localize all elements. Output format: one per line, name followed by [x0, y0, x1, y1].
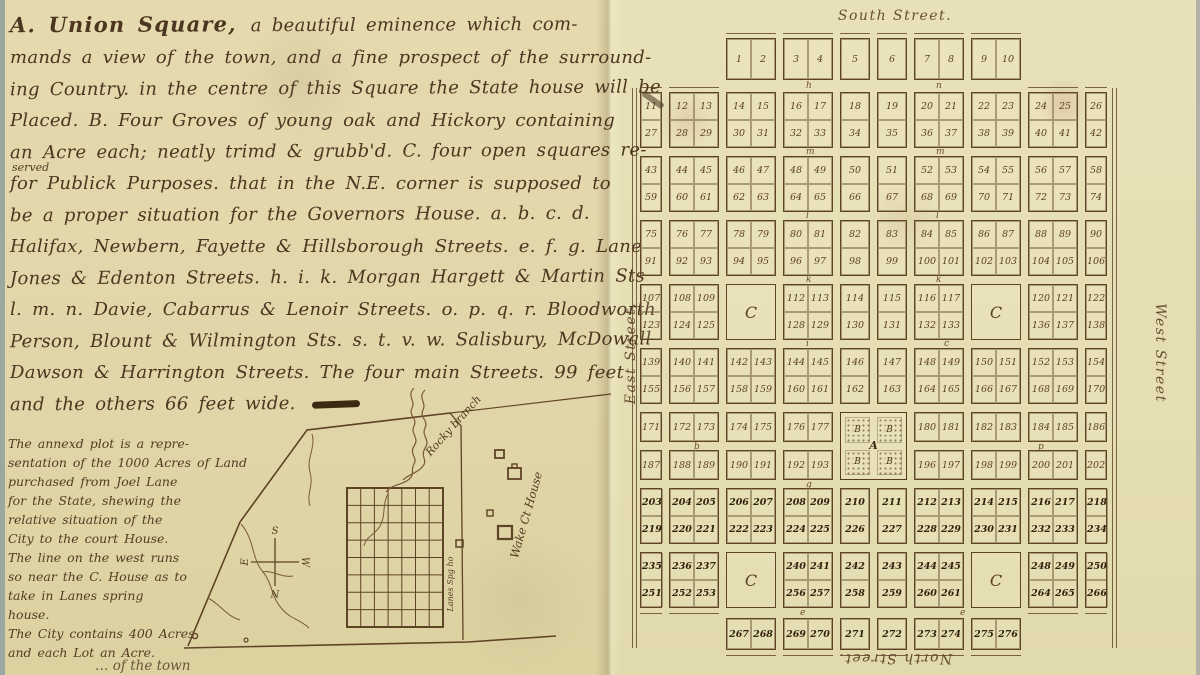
lot-number: 223 [751, 516, 775, 543]
lot-number: 19 [878, 93, 906, 120]
compass-west: W [299, 557, 310, 568]
open-square-block: C [726, 552, 776, 608]
lot-number: 176 [784, 413, 808, 441]
lot-number: 70 [972, 184, 996, 211]
lot-number: 218 [1086, 489, 1108, 516]
lot-number: 22 [972, 93, 996, 120]
lot-number: 233 [1053, 516, 1077, 543]
street-boundary-line [877, 33, 907, 34]
lot-number: 75 [641, 221, 661, 248]
lot-number: 141 [694, 349, 718, 376]
lot-number: 189 [694, 451, 718, 479]
lot-block: 108109124125 [669, 284, 719, 340]
lot-number: 137 [1053, 312, 1077, 339]
lot-block: 235251 [640, 552, 662, 608]
open-square-letter: C [990, 571, 1002, 590]
street-boundary-line [640, 613, 662, 614]
lot-block: 180181 [914, 412, 964, 442]
lot-number: 270 [808, 619, 832, 649]
grove-quadrant: B [877, 450, 902, 476]
street-boundary-line [1028, 87, 1078, 88]
lot-number: 177 [808, 413, 832, 441]
lot-number: 50 [841, 157, 869, 184]
lot-block: 34 [783, 38, 833, 80]
lot-block: 54557071 [971, 156, 1021, 212]
lot-block: 272 [877, 618, 907, 650]
lot-number: 23 [996, 93, 1020, 120]
lot-number: 104 [1029, 248, 1053, 275]
lot-number: 99 [878, 248, 906, 275]
lot-number: 225 [808, 516, 832, 543]
lot-number: 164 [915, 376, 939, 403]
lot-number: 265 [1053, 580, 1077, 607]
tract-sketch: S E W N Lanes Spg ho Wake Ct H [178, 388, 612, 675]
lot-number: 18 [841, 93, 869, 120]
lot-block: 1935 [877, 92, 907, 148]
lot-number: 51 [878, 157, 906, 184]
lot-number: 79 [751, 221, 775, 248]
lot-block: 211227 [877, 488, 907, 544]
lot-number: 156 [670, 376, 694, 403]
lot-number: 260 [915, 580, 939, 607]
wake-court-house-label: Wake Ct House [507, 470, 545, 560]
lot-number: 91 [641, 248, 661, 275]
lot-number: 76 [670, 221, 694, 248]
lot-number: 252 [670, 580, 694, 607]
lot-number: 35 [878, 120, 906, 147]
lot-number: 132 [915, 312, 939, 339]
lot-number: 28 [670, 120, 694, 147]
south-street-label: South Street. [820, 8, 970, 24]
lot-number: 2 [751, 39, 775, 79]
lot-block: 190191 [726, 450, 776, 480]
street-letter: h [806, 81, 812, 91]
street-letter: m [936, 147, 945, 157]
lot-number: 236 [670, 553, 694, 580]
lot-number: 162 [841, 376, 869, 403]
lot-number: 276 [996, 619, 1020, 649]
lot-block: 8399 [877, 220, 907, 276]
lot-number: 267 [727, 619, 751, 649]
lot-number: 153 [1053, 349, 1077, 376]
lot-number: 187 [641, 451, 661, 479]
lot-block: 2642 [1085, 92, 1107, 148]
lot-block: 12132829 [669, 92, 719, 148]
lot-number: 261 [939, 580, 963, 607]
lot-block: 78799495 [726, 220, 776, 276]
lot-number: 16 [784, 93, 808, 120]
lot-number: 157 [694, 376, 718, 403]
lot-number: 30 [727, 120, 751, 147]
inserted-word: served [12, 161, 49, 174]
union-square-letter: A [869, 439, 878, 452]
interior-streams [208, 434, 313, 628]
lot-number: 192 [784, 451, 808, 479]
lot-block: 8889104105 [1028, 220, 1078, 276]
handwritten-line: l. m. n. Davie, Cabarrus & Lenoir Street… [10, 294, 608, 326]
lot-number: 138 [1086, 312, 1106, 339]
street-boundary-line [914, 655, 964, 656]
lot-number: 90 [1086, 221, 1106, 248]
lot-block: 176177 [783, 412, 833, 442]
lot-block: 275276 [971, 618, 1021, 650]
lot-block: 46476263 [726, 156, 776, 212]
lot-number: 43 [641, 157, 661, 184]
lot-number: 45 [694, 157, 718, 184]
lot-number: 243 [878, 553, 906, 580]
lot-number: 144 [784, 349, 808, 376]
lot-number: 210 [841, 489, 869, 516]
grove-quadrant: B [845, 417, 870, 443]
grove-quadrant: B [845, 450, 870, 476]
lot-number: 40 [1029, 120, 1053, 147]
lot-number: 173 [694, 413, 718, 441]
street-letter: n [936, 81, 942, 91]
lot-block: 218234 [1085, 488, 1107, 544]
lot-number: 115 [878, 285, 906, 312]
lot-number: 142 [727, 349, 751, 376]
street-letter: k [936, 275, 941, 285]
lot-number: 108 [670, 285, 694, 312]
lot-number: 275 [972, 619, 996, 649]
lot-block: 7591 [640, 220, 662, 276]
opening-phrase: A. Union Square, [10, 11, 237, 37]
lot-block: 5066 [840, 156, 870, 212]
lot-number: 198 [972, 451, 996, 479]
lot-number: 269 [784, 619, 808, 649]
handwritten-line: Halifax, Newbern, Fayette & Hillsborough… [10, 231, 608, 263]
lot-number: 133 [939, 312, 963, 339]
lot-number: 169 [1053, 376, 1077, 403]
lot-number: 24 [1029, 93, 1053, 120]
lot-number: 271 [841, 619, 869, 649]
lot-block: 250266 [1085, 552, 1107, 608]
street-letter: p [1038, 442, 1044, 452]
lot-number: 152 [1029, 349, 1053, 376]
lot-number: 122 [1086, 285, 1106, 312]
handwritten-line: ing Country. in the centre of this Squar… [10, 72, 608, 106]
open-square-block: C [971, 552, 1021, 608]
street-boundary-line [669, 613, 719, 614]
lot-number: 168 [1029, 376, 1053, 403]
lot-number: 217 [1053, 489, 1077, 516]
street-boundary-line [783, 33, 833, 34]
lot-block: 182183 [971, 412, 1021, 442]
lot-number: 73 [1053, 184, 1077, 211]
lot-block: 204205220221 [669, 488, 719, 544]
lot-number: 82 [841, 221, 869, 248]
grove-quadrant: B [877, 417, 902, 443]
lot-number: 204 [670, 489, 694, 516]
street-boundary-line [877, 655, 907, 656]
street-letter: e [800, 608, 805, 618]
lot-number: 186 [1086, 413, 1106, 441]
lot-block: 8298 [840, 220, 870, 276]
street-letter: e [960, 608, 965, 618]
lot-number: 57 [1053, 157, 1077, 184]
lot-number: 150 [972, 349, 996, 376]
street-boundary-line [669, 87, 719, 88]
lot-number: 89 [1053, 221, 1077, 248]
lot-number: 11 [641, 93, 661, 120]
lot-number: 170 [1086, 376, 1106, 403]
lot-block: 184185 [1028, 412, 1078, 442]
lot-number: 199 [996, 451, 1020, 479]
lot-number: 83 [878, 221, 906, 248]
lot-number: 32 [784, 120, 808, 147]
lot-number: 26 [1086, 93, 1106, 120]
lot-number: 92 [670, 248, 694, 275]
lot-number: 29 [694, 120, 718, 147]
lot-number: 266 [1086, 580, 1108, 607]
lot-number: 203 [641, 489, 663, 516]
lanes-spring-label: Lanes Spg ho [446, 556, 455, 612]
lot-block: 120121136137 [1028, 284, 1078, 340]
lot-block: 140141156157 [669, 348, 719, 404]
lot-number: 166 [972, 376, 996, 403]
lot-number: 188 [670, 451, 694, 479]
lot-number: 20 [915, 93, 939, 120]
lot-number: 202 [1086, 451, 1106, 479]
open-square-block: C [726, 284, 776, 340]
lot-number: 274 [939, 619, 963, 649]
handwritten-line: A. Union Square, a beautiful eminence wh… [10, 7, 608, 43]
lot-number: 71 [996, 184, 1020, 211]
lot-number: 95 [751, 248, 775, 275]
lot-number: 48 [784, 157, 808, 184]
lot-number: 53 [939, 157, 963, 184]
lot-block: 114130 [840, 284, 870, 340]
lot-number: 174 [727, 413, 751, 441]
lot-number: 84 [915, 221, 939, 248]
lot-number: 98 [841, 248, 869, 275]
lot-number: 61 [694, 184, 718, 211]
lot-number: 200 [1029, 451, 1053, 479]
lot-block: 80819697 [783, 220, 833, 276]
lot-number: 222 [727, 516, 751, 543]
lot-number: 121 [1053, 285, 1077, 312]
lot-number: 17 [808, 93, 832, 120]
lot-number: 147 [878, 349, 906, 376]
lot-number: 161 [808, 376, 832, 403]
open-square-block: C [971, 284, 1021, 340]
lot-block: 236237252253 [669, 552, 719, 608]
street-boundary-line [1028, 613, 1078, 614]
lot-number: 12 [670, 93, 694, 120]
lot-number: 136 [1029, 312, 1053, 339]
lot-number: 8 [939, 39, 963, 79]
compass-east: E [240, 558, 251, 567]
lot-number: 215 [996, 489, 1020, 516]
lot-number: 182 [972, 413, 996, 441]
street-boundary-line [726, 33, 776, 34]
lot-block: 16173233 [783, 92, 833, 148]
lot-number: 100 [915, 248, 939, 275]
lot-number: 124 [670, 312, 694, 339]
lot-number: 21 [939, 93, 963, 120]
main-paragraph: A. Union Square, a beautiful eminence wh… [10, 8, 608, 420]
lot-number: 159 [751, 376, 775, 403]
street-letter: k [806, 275, 811, 285]
lot-number: 167 [996, 376, 1020, 403]
lot-number: 114 [841, 285, 869, 312]
lot-number: 131 [878, 312, 906, 339]
handwritten-line: be a proper situation for the Governors … [10, 198, 608, 232]
lot-block: 5 [840, 38, 870, 80]
lot-number: 151 [996, 349, 1020, 376]
lot-number: 242 [841, 553, 869, 580]
lot-block: 6 [877, 38, 907, 80]
lot-number: 42 [1086, 120, 1106, 147]
lot-number: 256 [784, 580, 808, 607]
lot-block: 142143158159 [726, 348, 776, 404]
lot-block: 148149164165 [914, 348, 964, 404]
street-boundary-line [914, 33, 964, 34]
street-boundary-line [1116, 88, 1117, 648]
lot-number: 93 [694, 248, 718, 275]
compass-south: S [272, 526, 279, 537]
lot-number: 193 [808, 451, 832, 479]
lot-number: 235 [641, 553, 663, 580]
lot-number: 81 [808, 221, 832, 248]
lot-number: 34 [841, 120, 869, 147]
lot-block: 187 [640, 450, 662, 480]
compass: S E W N [240, 526, 310, 598]
lot-number: 44 [670, 157, 694, 184]
lot-number: 94 [727, 248, 751, 275]
lot-number: 253 [694, 580, 718, 607]
lot-block: 203219 [640, 488, 662, 544]
lot-number: 49 [808, 157, 832, 184]
city-grid [347, 488, 443, 627]
lot-number: 68 [915, 184, 939, 211]
lot-number: 107 [641, 285, 661, 312]
lot-block: 171 [640, 412, 662, 442]
lot-number: 13 [694, 93, 718, 120]
lot-block: 147163 [877, 348, 907, 404]
lot-number: 96 [784, 248, 808, 275]
street-boundary-line [971, 33, 1021, 34]
lot-number: 5 [841, 39, 869, 79]
street-boundary-line [636, 88, 637, 648]
street-boundary-line [971, 655, 1021, 656]
lot-number: 205 [694, 489, 718, 516]
street-boundary-line [632, 88, 633, 648]
lot-number: 251 [641, 580, 663, 607]
lot-number: 56 [1029, 157, 1053, 184]
lot-number: 180 [915, 413, 939, 441]
lot-number: 160 [784, 376, 808, 403]
tract-boundary [188, 413, 450, 646]
lot-block: 20213637 [914, 92, 964, 148]
handwritten-line: Placed. B. Four Groves of young oak and … [10, 105, 608, 137]
lot-number: 237 [694, 553, 718, 580]
lot-number: 67 [878, 184, 906, 211]
survey-corner-marker [192, 633, 197, 638]
lot-block: 5874 [1085, 156, 1107, 212]
lot-number: 140 [670, 349, 694, 376]
lot-number: 87 [996, 221, 1020, 248]
lot-number: 209 [808, 489, 832, 516]
lot-number: 191 [751, 451, 775, 479]
lot-block: 214215230231 [971, 488, 1021, 544]
lot-block: 212213228229 [914, 488, 964, 544]
lot-number: 36 [915, 120, 939, 147]
lot-number: 65 [808, 184, 832, 211]
lot-number: 128 [784, 312, 808, 339]
lot-number: 72 [1029, 184, 1053, 211]
lot-block: 139155 [640, 348, 662, 404]
lot-number: 15 [751, 93, 775, 120]
lot-number: 212 [915, 489, 939, 516]
lot-number: 130 [841, 312, 869, 339]
scan-edge-left [0, 0, 5, 675]
lot-block: 210226 [840, 488, 870, 544]
open-square-letter: C [990, 303, 1002, 322]
grove-letter: B [853, 425, 862, 435]
open-square-letter: C [745, 571, 757, 590]
lot-number: 66 [841, 184, 869, 211]
grove-letter: B [853, 457, 862, 467]
lot-number: 63 [751, 184, 775, 211]
lot-number: 227 [878, 516, 906, 543]
lot-number: 258 [841, 580, 869, 607]
lot-block: 174175 [726, 412, 776, 442]
lot-number: 143 [751, 349, 775, 376]
lot-number: 213 [939, 489, 963, 516]
lot-block: 188189 [669, 450, 719, 480]
lot-block: 244245260261 [914, 552, 964, 608]
lot-number: 64 [784, 184, 808, 211]
street-boundary-line [840, 655, 870, 656]
handwritten-line: Person, Blount & Wilmington Sts. s. t. v… [10, 324, 608, 358]
lot-block: 4359 [640, 156, 662, 212]
lot-number: 185 [1053, 413, 1077, 441]
lot-number: 221 [694, 516, 718, 543]
lot-number: 129 [808, 312, 832, 339]
lot-number: 60 [670, 184, 694, 211]
lot-number: 201 [1053, 451, 1077, 479]
handwritten-line: mands a view of the town, and a fine pro… [10, 42, 608, 74]
lot-block: 269270 [783, 618, 833, 650]
lot-block: 146162 [840, 348, 870, 404]
lot-block: 14153031 [726, 92, 776, 148]
lot-block: 208209224225 [783, 488, 833, 544]
lot-block: 242258 [840, 552, 870, 608]
lot-block: 248249264265 [1028, 552, 1078, 608]
lot-block: 115131 [877, 284, 907, 340]
lot-block: 76779293 [669, 220, 719, 276]
lot-block: 240241256257 [783, 552, 833, 608]
street-boundary-line [840, 33, 870, 34]
lot-number: 207 [751, 489, 775, 516]
handwritten-line: Jones & Edenton Streets. h. i. k. Morgan… [10, 261, 608, 295]
lot-number: 139 [641, 349, 661, 376]
lot-number: 62 [727, 184, 751, 211]
lot-number: 250 [1086, 553, 1108, 580]
lot-number: 106 [1086, 248, 1106, 275]
lot-number: 109 [694, 285, 718, 312]
lot-block: 154170 [1085, 348, 1107, 404]
lot-number: 165 [939, 376, 963, 403]
lot-number: 183 [996, 413, 1020, 441]
lot-block: 116117132133 [914, 284, 964, 340]
west-street-label: West Street [1152, 288, 1168, 418]
lot-number: 224 [784, 516, 808, 543]
cut-off-line: … of the town [95, 658, 190, 674]
lot-number: 208 [784, 489, 808, 516]
rocky-branch-label: Rocky branch [422, 393, 484, 459]
